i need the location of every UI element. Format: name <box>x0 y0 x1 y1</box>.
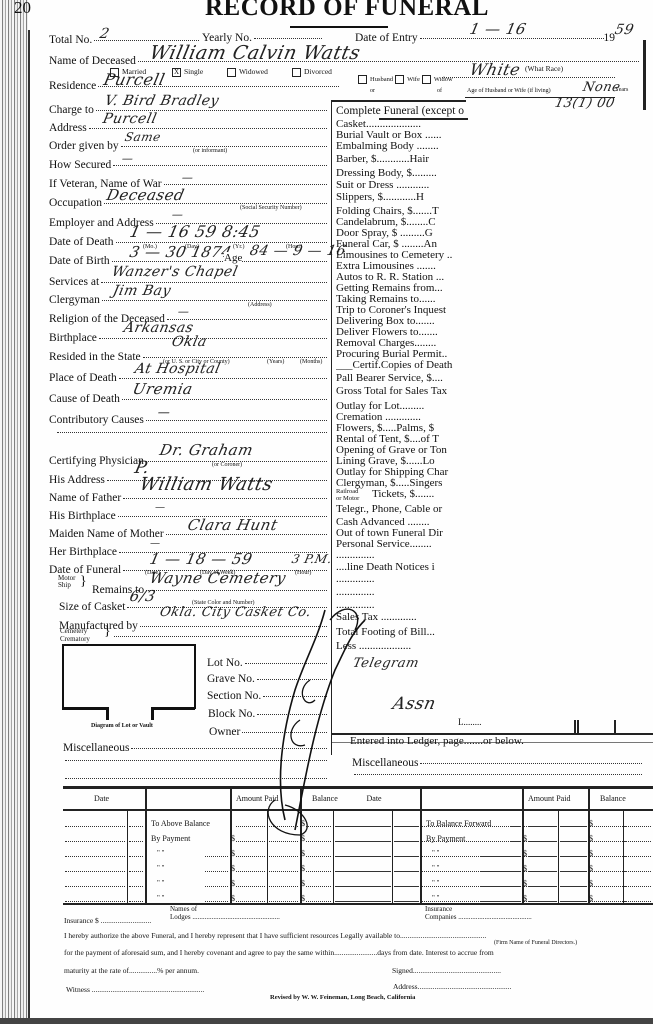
ledger-amount-cents-input[interactable] <box>269 901 298 902</box>
lot-diagram-box <box>62 644 196 709</box>
spouse-checkboxes: HusbandWifeWidow <box>358 75 453 84</box>
ledger-description-dots <box>510 826 520 827</box>
witness-field[interactable]: Witness ................................… <box>66 985 204 994</box>
cause-of-death-value: Uremia <box>131 380 194 398</box>
diagram-left-post <box>106 707 109 720</box>
ledger-amount-cents-input[interactable] <box>560 841 586 842</box>
ledger-date-input[interactable] <box>394 871 418 872</box>
ledger-col-divider <box>420 789 422 903</box>
ledger-amount-input[interactable] <box>528 856 556 857</box>
ledger-row-label: " " <box>157 879 164 887</box>
signature-overlay <box>255 580 385 850</box>
dollar-sign: $ <box>231 879 235 888</box>
ledger-description-dots <box>480 886 520 887</box>
address-footer-field[interactable]: Address.................................… <box>393 982 511 991</box>
ledger-header-amount-paid: Amount Paid <box>528 794 570 803</box>
dollar-sign: $ <box>301 864 305 873</box>
ledger-amount-input[interactable] <box>528 826 556 827</box>
spouse-or-label: or <box>370 88 375 94</box>
ledger-description-dots <box>480 901 520 902</box>
date-of-death-value: 1 — 16 59 8:45 <box>128 222 262 241</box>
services-at-value: Wanzer's Chapel <box>110 264 239 280</box>
charge-item: Barber, $............Hair <box>336 153 464 165</box>
maiden-name-mother-value: Clara Hunt <box>186 516 279 534</box>
ledger-amount-input[interactable] <box>236 901 265 902</box>
ledger-header-date: Date <box>94 794 109 803</box>
ledger-row-label: By Payment <box>151 834 190 843</box>
payment-text: for the payment of aforesaid sum, and I … <box>64 948 494 957</box>
ledger-balance-input[interactable] <box>306 856 331 857</box>
director-sublabel: (Firm Name of Funeral Directors.) <box>494 940 577 946</box>
ledger-date-input[interactable] <box>65 856 125 857</box>
panel-tick-3 <box>614 720 616 733</box>
contributory-causes-field: Contributory Causes <box>49 414 327 426</box>
ledger-date-input[interactable] <box>394 886 418 887</box>
ledger-row-label: " " <box>432 864 439 872</box>
order-given-by-value: Same <box>124 130 163 144</box>
ledger-date-input[interactable] <box>394 841 418 842</box>
resided-sublabel-months: (Months) <box>300 359 322 365</box>
ledger-amount-cents-input[interactable] <box>269 886 298 887</box>
ledger-description-dots <box>205 886 228 887</box>
tickets-prefix: Railroador Motor <box>336 488 359 502</box>
date-of-entry-value: 1 — 16 <box>468 20 528 38</box>
miscellaneous-right-field: Miscellaneous <box>352 757 642 769</box>
contributory-extra-line <box>55 434 327 435</box>
authorize-text: I hereby authorize the above Funeral, an… <box>64 931 486 940</box>
ssn-sublabel: (Social Security Number) <box>240 205 302 211</box>
page-border-left <box>28 30 30 1020</box>
ledger-description-dots <box>205 901 228 902</box>
charge-item: Telegr., Phone, Cable or <box>336 503 464 515</box>
charge-item: Slippers, $............H <box>336 191 464 203</box>
l-mark: L........ <box>458 717 482 727</box>
ledger-amount-cents-input[interactable] <box>560 856 586 857</box>
resided-state-value: Okla <box>170 334 208 350</box>
book-binding-edge <box>0 0 28 1024</box>
ledger-amount-input[interactable] <box>528 841 556 842</box>
residence-field: Residence <box>49 80 339 92</box>
occupation-value: Deceased <box>105 186 186 204</box>
date-of-birth-value: 3 — 30 1874 <box>128 243 233 261</box>
ledger-date-input[interactable] <box>65 841 125 842</box>
less-value: Assn <box>391 694 438 714</box>
ledger-header-balance: Balance <box>600 794 626 803</box>
ledger-date-input[interactable] <box>129 841 143 842</box>
diagram-bottom-left <box>62 707 108 710</box>
page-bottom-edge <box>0 1018 653 1024</box>
dollar-sign: $ <box>589 849 593 858</box>
coroner-sublabel: (or Coroner) <box>212 462 242 468</box>
ledger-col-divider <box>558 810 559 903</box>
lodges-field: Names ofLodges .........................… <box>170 905 280 921</box>
ledger-date-input[interactable] <box>65 901 125 902</box>
ledger-col-divider <box>392 810 393 903</box>
ledger-row-label: " " <box>432 879 439 887</box>
dollar-sign: $ <box>523 849 527 858</box>
misc-right-line-2 <box>352 776 642 777</box>
ledger-description-dots <box>480 871 520 872</box>
clergyman-address-sublabel: (Address) <box>248 302 272 308</box>
ledger-balance-input[interactable] <box>594 826 621 827</box>
ledger-row-label: By Payment <box>426 834 465 843</box>
date-of-funeral-value: 1 — 18 — 59 <box>148 550 254 568</box>
funeral-sublabel-hour: (Hour) <box>295 570 311 576</box>
ledger-balance-input[interactable] <box>594 871 621 872</box>
ledger-date-input[interactable] <box>65 871 125 872</box>
brace-icon-2: } <box>104 624 111 640</box>
ledger-row-label: To Balance Forward <box>426 819 491 828</box>
ledger-date-input[interactable] <box>129 871 143 872</box>
dollar-sign: $ <box>523 834 527 843</box>
charges-header: Complete Funeral (except o <box>336 105 464 117</box>
top-right-amount: 13(1) 00 <box>553 96 616 111</box>
cemetery-crematory-label: CemeteryCrematory <box>60 627 90 643</box>
ledger-amount-cents-input[interactable] <box>560 886 586 887</box>
clergyman-value: Jim Bay <box>111 283 172 299</box>
order-given-by-sublabel: (or informant) <box>193 148 227 154</box>
dollar-sign: $ <box>231 864 235 873</box>
ledger-date-input[interactable] <box>394 856 418 857</box>
resided-sublabel-years: (Years) <box>267 359 284 365</box>
what-race-label: (What Race) <box>525 64 563 73</box>
dollar-sign: $ <box>231 849 235 858</box>
dollar-sign: $ <box>523 879 527 888</box>
panel-tick-1 <box>574 720 576 733</box>
ledger-amount-cents-input[interactable] <box>560 901 586 902</box>
ledger-amount-input[interactable] <box>528 871 556 872</box>
diagram-right-post <box>151 707 154 720</box>
ledger-row-label: " " <box>157 849 164 857</box>
charge-item: ___Certif.Copies of Death <box>336 359 464 371</box>
checkbox-single[interactable]: XSingle <box>172 67 203 77</box>
ledger-balance-input[interactable] <box>306 871 331 872</box>
age-label: Age <box>224 252 242 264</box>
ledger-amount-cents-input[interactable] <box>269 871 298 872</box>
revised-by-credit: Revised by W. W. Feineman, Long Beach, C… <box>270 994 415 1001</box>
dollar-sign: $ <box>301 879 305 888</box>
dollar-sign: $ <box>523 864 527 873</box>
diagram-label: Diagram of Lot or Vault <box>91 723 153 729</box>
certifying-physician-value: Dr. Graham <box>158 441 255 459</box>
ledger-description-dots <box>205 871 228 872</box>
ledger-date-input[interactable] <box>129 826 143 827</box>
name-of-father-value: William Watts <box>138 474 275 495</box>
ledger-description-dots <box>205 856 228 857</box>
dollar-sign: $ <box>589 894 593 903</box>
ledger-balance-input[interactable] <box>594 901 621 902</box>
charge-to-value: V. Bird Bradley <box>103 93 220 109</box>
dollar-sign: $ <box>301 849 305 858</box>
ledger-date-input[interactable] <box>394 826 418 827</box>
charge-item: Dressing Body, $......... <box>336 167 464 179</box>
ledger-col-divider <box>127 810 128 903</box>
ledger-row-label: " " <box>432 849 439 857</box>
ledger-amount-input[interactable] <box>236 886 265 887</box>
ledger-date-input[interactable] <box>335 901 390 902</box>
ledger-amount-cents-input[interactable] <box>560 871 586 872</box>
dollar-sign: $ <box>301 894 305 903</box>
ledger-date-input[interactable] <box>129 856 143 857</box>
ledger-date-input[interactable] <box>335 886 390 887</box>
dollar-sign: $ <box>589 864 593 873</box>
insurance-field: Insurance $ ........................... <box>64 916 151 925</box>
dollar-sign: $ <box>231 834 235 843</box>
spouse-age-label: Age of Husband or Wife (if living) <box>467 88 551 94</box>
address-field: Address <box>49 122 327 134</box>
ledger-date-input[interactable] <box>335 871 390 872</box>
sublabel-yr: (Yr.) <box>233 244 245 250</box>
title-underline <box>290 26 388 28</box>
ledger-amount-input[interactable] <box>236 856 265 857</box>
address-value: Purcell <box>101 111 158 127</box>
ledger-col-divider <box>623 810 624 903</box>
charge-item: Suit or Dress ............ <box>336 179 464 191</box>
ledger-balance-cents-input[interactable] <box>625 856 651 857</box>
ledger-balance-input[interactable] <box>594 841 621 842</box>
year-value: 59 <box>613 22 635 38</box>
maturity-text: maturity at the rate of...............% … <box>64 966 199 975</box>
ledger-balance-cents-input[interactable] <box>625 841 651 842</box>
ledger-date-input[interactable] <box>65 826 125 827</box>
ledger-row-label: " " <box>157 864 164 872</box>
ledger-balance-input[interactable] <box>594 886 621 887</box>
motor-ship-label: MotorShip <box>58 575 76 589</box>
ledger-amount-input[interactable] <box>528 886 556 887</box>
years-label: Years <box>615 87 628 93</box>
ledger-balance-input[interactable] <box>594 856 621 857</box>
place-of-death-value: At Hospital <box>133 361 222 377</box>
dollar-sign: $ <box>589 819 593 828</box>
ledger-row-label: To Above Balance <box>151 819 210 828</box>
ledger-amount-cents-input[interactable] <box>560 826 586 827</box>
page-title: RECORD OF FUNERAL <box>205 0 489 22</box>
order-given-by-field: Order given by <box>49 140 327 152</box>
ledger-amount-input[interactable] <box>236 871 265 872</box>
dollar-sign: $ <box>231 894 235 903</box>
brace-icon: } <box>80 574 87 590</box>
diagram-bottom-right <box>151 707 195 710</box>
charge-item: Pall Bearer Service, $.... <box>336 372 464 384</box>
right-page-edge <box>643 40 646 110</box>
funeral-time-value: 3 P.M. <box>291 552 334 566</box>
ledger-balance-input[interactable] <box>306 901 331 902</box>
ledger-bottom-rule <box>63 903 653 905</box>
charge-item: Gross Total for Sales Tax <box>336 385 464 397</box>
name-of-deceased-value: William Calvin Watts <box>148 42 363 64</box>
ledger-balance-cents-input[interactable] <box>625 901 651 902</box>
signed-field[interactable]: Signed..................................… <box>392 966 501 975</box>
ledger-amount-cents-input[interactable] <box>269 856 298 857</box>
insurance-companies-field: InsuranceCompanies .....................… <box>425 905 532 921</box>
ledger-description-dots <box>510 841 520 842</box>
ledger-amount-input[interactable] <box>528 901 556 902</box>
ledger-balance-cents-input[interactable] <box>625 826 651 827</box>
ledger-balance-cents-input[interactable] <box>625 886 651 887</box>
ledger-balance-cents-input[interactable] <box>625 871 651 872</box>
size-of-casket-value: 6/3 <box>128 587 157 605</box>
charge-item: Embalming Body ........ <box>336 140 464 152</box>
ledger-row-label: " " <box>157 894 164 902</box>
ledger-col-divider <box>145 789 147 903</box>
dollar-sign: $ <box>589 834 593 843</box>
page-number: 20 <box>14 0 31 18</box>
ledger-balance-input[interactable] <box>306 886 331 887</box>
charge-item: ....line Death Notices i <box>336 561 464 573</box>
dollar-sign: $ <box>523 894 527 903</box>
ledger-description-dots <box>480 856 520 857</box>
ledger-date-input[interactable] <box>129 901 143 902</box>
dollar-sign: $ <box>589 879 593 888</box>
charge-item: .............. <box>336 549 464 561</box>
ledger-row-label: " " <box>432 894 439 902</box>
panel-tick-2 <box>577 720 579 733</box>
how-secured-field: How Secured <box>49 159 327 171</box>
charge-item: Tickets, $....... <box>372 488 500 500</box>
checkbox-divorced[interactable]: Divorced <box>292 67 332 77</box>
spouse-of-label: of <box>437 88 442 94</box>
ledger-date-input[interactable] <box>394 901 418 902</box>
ledger-date-input[interactable] <box>335 856 390 857</box>
ledger-date-input[interactable] <box>129 886 143 887</box>
checkbox-widowed[interactable]: Widowed <box>227 67 268 77</box>
ledger-date-input[interactable] <box>65 886 125 887</box>
residence-value: Purcell <box>102 70 167 89</box>
